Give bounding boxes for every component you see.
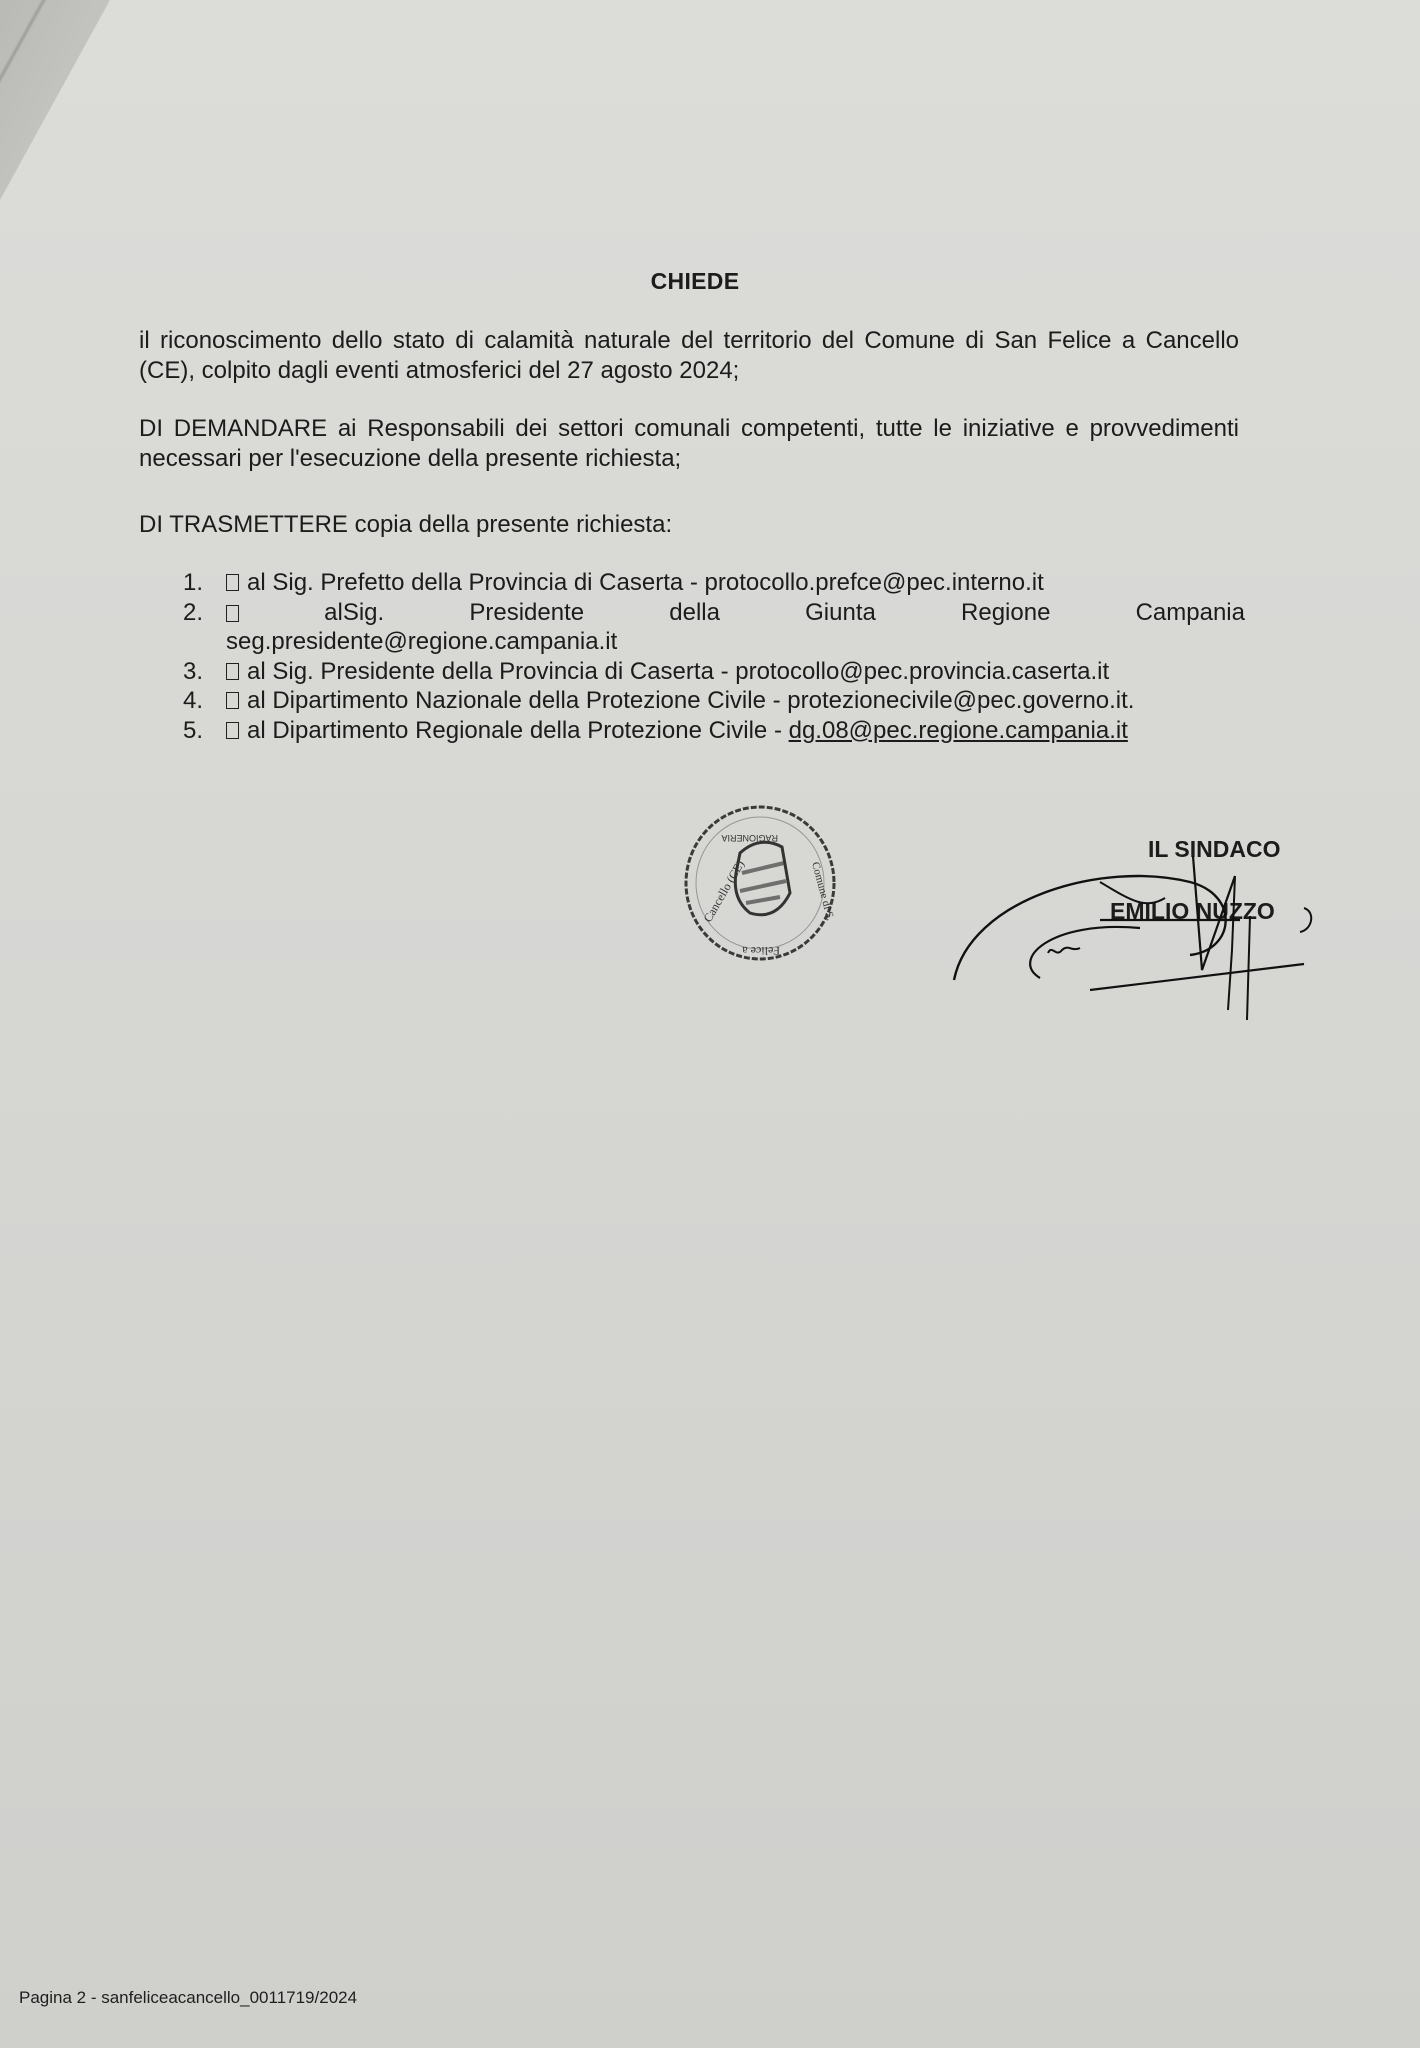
delegate-lead: DI DEMANDARE: [139, 415, 327, 442]
recipient-word: alSig.: [324, 598, 384, 628]
recipient-word: della: [669, 598, 720, 628]
recipient-line: alSig. Presidente della Giunta Regione C…: [226, 598, 1245, 628]
recipient-word: Regione: [961, 598, 1050, 628]
svg-text:Felice a: Felice a: [742, 944, 780, 958]
checkbox-icon: [226, 574, 239, 591]
recipient-text: al Sig. Prefetto della Provincia di Case…: [247, 569, 1044, 596]
request-paragraph: il riconoscimento dello stato di calamit…: [139, 326, 1239, 386]
checkbox-icon: [226, 663, 239, 680]
list-item: 2. alSig. Presidente della Giunta Region…: [183, 598, 1245, 657]
recipient-list: 1. al Sig. Prefetto della Provincia di C…: [183, 568, 1245, 745]
signature-block: IL SINDACO EMILIO NUZZO: [940, 820, 1340, 1020]
recipient-word: Campania: [1136, 598, 1245, 628]
transmit-lead: DI TRASMETTERE: [139, 511, 348, 538]
transmit-text: copia della presente richiesta:: [348, 511, 672, 538]
delegate-paragraph: DI DEMANDARE ai Responsabili dei settori…: [139, 414, 1239, 474]
recipient-email-link[interactable]: dg.08@pec.regione.campania.it: [789, 717, 1128, 744]
recipient-text: al Dipartimento Regionale della Protezio…: [247, 717, 789, 744]
list-number: 4.: [183, 686, 203, 716]
list-item: 1. al Sig. Prefetto della Provincia di C…: [183, 568, 1245, 598]
recipient-email: seg.presidente@regione.campania.it: [226, 627, 1245, 657]
transmit-paragraph: DI TRASMETTERE copia della presente rich…: [139, 510, 1239, 540]
recipient-word: Giunta: [805, 598, 876, 628]
list-item: 5. al Dipartimento Regionale della Prote…: [183, 716, 1245, 746]
official-stamp-icon: Cancello (CE) Felice a Comune di S. RAGI…: [680, 803, 840, 963]
list-number: 3.: [183, 657, 203, 687]
checkbox-icon: [226, 605, 239, 622]
recipient-text: al Sig. Presidente della Provincia di Ca…: [247, 658, 1109, 685]
svg-text:RAGIONERIA: RAGIONERIA: [721, 833, 778, 843]
section-heading: CHIEDE: [0, 268, 1405, 295]
recipient-word: Presidente: [469, 598, 584, 628]
list-number: 5.: [183, 716, 203, 746]
list-number: 2.: [183, 598, 203, 628]
recipient-text: al Dipartimento Nazionale della Protezio…: [247, 687, 1134, 714]
page-footer: Pagina 2 - sanfeliceacancello_0011719/20…: [19, 1988, 357, 2008]
list-item: 4. al Dipartimento Nazionale della Prote…: [183, 686, 1245, 716]
list-item: 3. al Sig. Presidente della Provincia di…: [183, 657, 1245, 687]
checkbox-icon: [226, 692, 239, 709]
handwritten-signature-icon: [940, 820, 1340, 1020]
list-number: 1.: [183, 568, 203, 598]
checkbox-icon: [226, 722, 239, 739]
folded-page-corner: [0, 0, 110, 200]
